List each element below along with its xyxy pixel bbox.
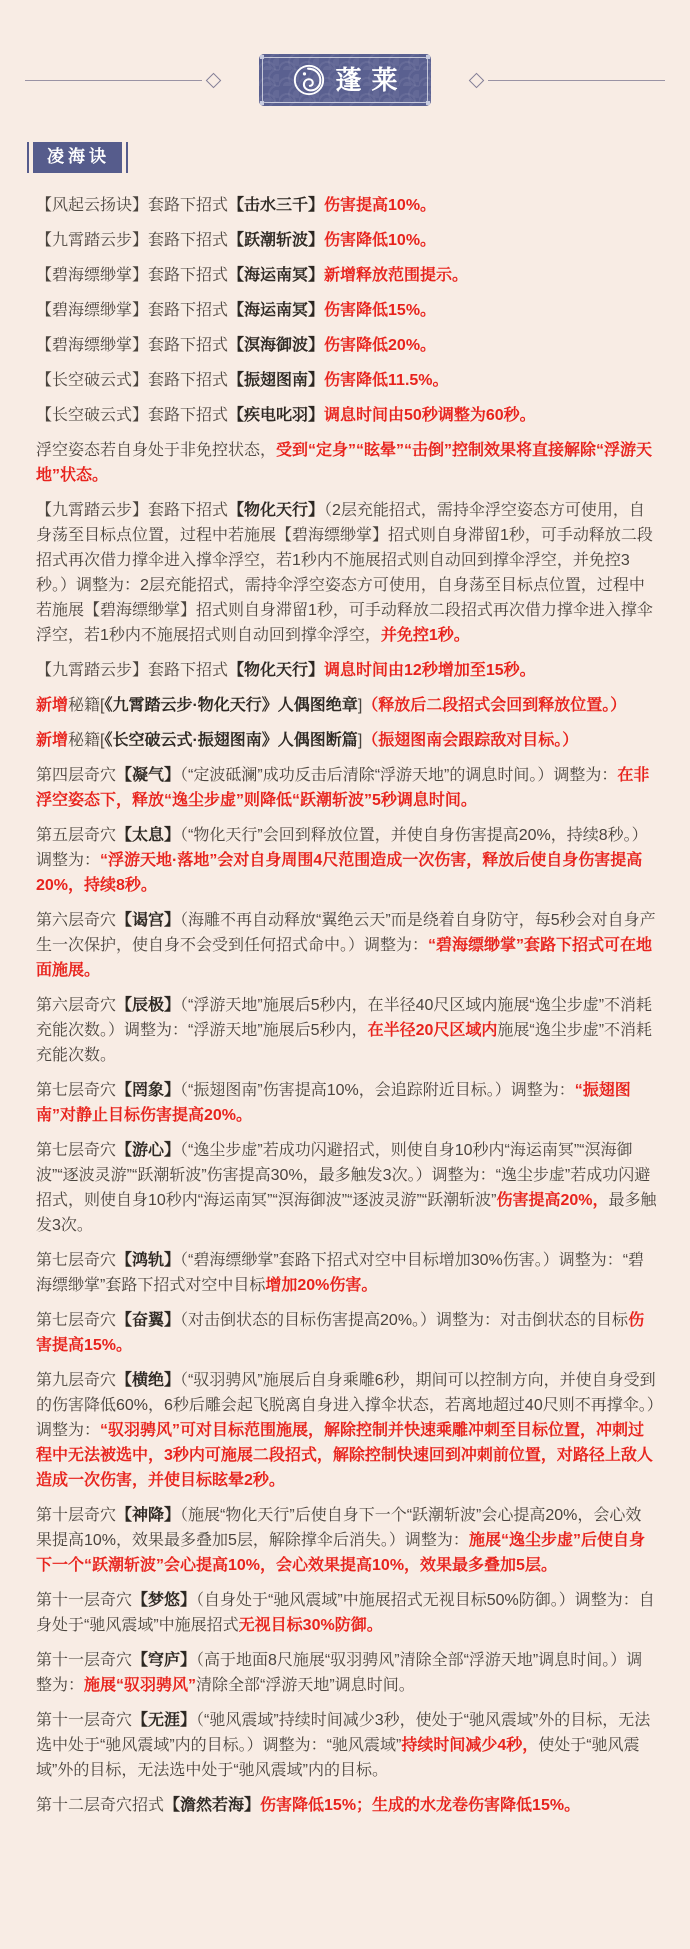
header: 蓬莱: [0, 54, 690, 106]
note-text: 秘籍[: [68, 732, 104, 749]
patch-note: 新增秘籍[《九霄踏云步·物化天行》人偶图绝章]（释放后二段招式会回到释放位置。）: [36, 693, 657, 718]
note-text: 第九层奇穴: [36, 1372, 116, 1389]
changed-text: 伤害提高10%。: [324, 197, 436, 214]
changed-text: 伤害降低10%。: [324, 232, 436, 249]
note-text: 【九霄踏云步】套路下招式: [36, 502, 228, 519]
patch-note: 【九霄踏云步】套路下招式【物化天行】（2层充能招式，需持伞浮空姿态方可使用，自身…: [36, 498, 657, 648]
patch-note: 第四层奇穴【凝气】（“定波砥澜”成功反击后清除“浮游天地”的调息时间。）调整为：…: [36, 763, 657, 813]
page: 蓬莱 凌海诀 【风起云扬诀】套路下招式【击水三千】伤害提高10%。【九霄踏云步】…: [0, 0, 690, 1949]
note-text: 清除全部“浮游天地”调息时间。: [196, 1677, 415, 1694]
note-text: 浮空姿态若自身处于非免控状态，: [36, 442, 276, 459]
changed-text: 伤害降低15%。: [324, 302, 436, 319]
changed-text: 并免控1秒。: [381, 627, 470, 644]
skill-name: 【跃潮斩波】: [228, 232, 324, 249]
faction-title: 蓬莱: [335, 67, 407, 93]
note-text: 第六层奇穴: [36, 912, 116, 929]
skill-name: 【无涯】: [132, 1712, 196, 1729]
note-text: 第四层奇穴: [36, 767, 116, 784]
right-divider-line: [488, 80, 665, 81]
patch-note: 第十一层奇穴【梦悠】（自身处于“驰风震域”中施展招式无视目标50%防御。）调整为…: [36, 1588, 657, 1638]
note-text: 第十一层奇穴: [36, 1652, 132, 1669]
section-label-text: 凌海诀: [47, 147, 110, 166]
patch-note: 第十二层奇穴招式【澹然若海】伤害降低15%；生成的水龙卷伤害降低15%。: [36, 1793, 657, 1818]
skill-name: 【海运南冥】: [228, 267, 324, 284]
patch-note: 【九霄踏云步】套路下招式【物化天行】调息时间由12秒增加至15秒。: [36, 658, 657, 683]
skill-name: 【神降】: [116, 1507, 180, 1524]
section-label: 凌海诀: [33, 142, 122, 173]
badge-corner-ornament: [426, 101, 430, 105]
skill-name: 【罔象】: [116, 1082, 180, 1099]
skill-name: 【疾电叱羽】: [228, 407, 324, 424]
note-text: 【碧海缥缈掌】套路下招式: [36, 302, 228, 319]
patch-note: 【风起云扬诀】套路下招式【击水三千】伤害提高10%。: [36, 193, 657, 218]
skill-name: 【梦悠】: [132, 1592, 196, 1609]
changed-text: 持续时间减少4秒，: [401, 1737, 538, 1754]
patch-note: 第七层奇穴【罔象】（“振翅图南”伤害提高10%，会追踪附近目标。）调整为：“振翅…: [36, 1078, 657, 1128]
skill-name: 【横绝】: [116, 1372, 180, 1389]
note-text: 第十二层奇穴招式: [36, 1797, 164, 1814]
skill-name: 【穹庐】: [132, 1652, 196, 1669]
skill-name: 《九霄踏云步·物化天行》人偶图绝章: [104, 697, 357, 714]
note-text: （2层充能招式，需持伞浮空姿态方可使用，自身荡至目标点位置，过程中若施展【碧海缥…: [36, 502, 653, 644]
skill-name: 【振翅图南】: [228, 372, 324, 389]
patch-note: 第七层奇穴【奋翼】（对击倒状态的目标伤害提高20%。）调整为：对击倒状态的目标伤…: [36, 1308, 657, 1358]
left-divider-line: [25, 80, 202, 81]
note-text: （“振翅图南”伤害提高10%，会追踪附近目标。）调整为：: [180, 1082, 575, 1099]
note-text: 【碧海缥缈掌】套路下招式: [36, 337, 228, 354]
patch-notes: 【风起云扬诀】套路下招式【击水三千】伤害提高10%。【九霄踏云步】套路下招式【跃…: [0, 173, 690, 1868]
changed-text: “浮游天地·落地”会对自身周围4尺范围造成一次伤害，释放后使自身伤害提高20%，…: [36, 852, 642, 894]
changed-text: 增加20%伤害。: [265, 1277, 377, 1294]
patch-note: 【九霄踏云步】套路下招式【跃潮斩波】伤害降低10%。: [36, 228, 657, 253]
changed-text: （振翅图南会跟踪敌对目标。）: [362, 732, 578, 749]
changed-text: 伤害降低15%；生成的水龙卷伤害降低15%。: [260, 1797, 580, 1814]
note-text: 【长空破云式】套路下招式: [36, 372, 228, 389]
changed-text: 无视目标30%防御。: [239, 1617, 383, 1634]
patch-note: 【长空破云式】套路下招式【振翅图南】伤害降低11.5%。: [36, 368, 657, 393]
skill-name: 【游心】: [116, 1142, 180, 1159]
changed-text: 施展“驭羽骋风”: [84, 1677, 196, 1694]
changed-text: 在半径20尺区域内: [368, 1022, 498, 1039]
note-text: 第十一层奇穴: [36, 1712, 132, 1729]
changed-text: “驭羽骋风”可对目标范围施展，解除控制并快速乘雕冲刺至目标位置，冲刺过程中无法被…: [36, 1422, 653, 1489]
skill-name: 【溟海御波】: [228, 337, 324, 354]
skill-name: 【海运南冥】: [228, 302, 324, 319]
note-text: （“定波砥澜”成功反击后清除“浮游天地”的调息时间。）调整为：: [180, 767, 617, 784]
note-text: 【风起云扬诀】套路下招式: [36, 197, 228, 214]
patch-note: 第五层奇穴【太息】（“物化天行”会回到释放位置，并使自身伤害提高20%，持续8秒…: [36, 823, 657, 898]
skill-name: 【太息】: [116, 827, 180, 844]
skill-name: 【奋翼】: [116, 1312, 180, 1329]
changed-text: 伤害提高20%，: [496, 1192, 608, 1209]
skill-name: 【凝气】: [116, 767, 180, 784]
badge-corner-ornament: [260, 101, 264, 105]
badge-corner-ornament: [260, 55, 264, 59]
patch-note: 第六层奇穴【谒宫】（海雕不再自动释放“翼绝云天”而是绕着自身防守，每5秒会对自身…: [36, 908, 657, 983]
changed-text: （释放后二段招式会回到释放位置。）: [362, 697, 626, 714]
note-text: 【碧海缥缈掌】套路下招式: [36, 267, 228, 284]
patch-note: 【碧海缥缈掌】套路下招式【海运南冥】伤害降低15%。: [36, 298, 657, 323]
note-text: （对击倒状态的目标伤害提高20%。）调整为：对击倒状态的目标: [180, 1312, 628, 1329]
skill-name: 【辰极】: [116, 997, 180, 1014]
faction-badge: 蓬莱: [259, 54, 431, 106]
note-text: 第十层奇穴: [36, 1507, 116, 1524]
note-text: 【长空破云式】套路下招式: [36, 407, 228, 424]
changed-text: 新增: [36, 697, 68, 714]
patch-note: 浮空姿态若自身处于非免控状态，受到“定身”“眩晕”“击倒”控制效果将直接解除“浮…: [36, 438, 657, 488]
note-text: 【九霄踏云步】套路下招式: [36, 232, 228, 249]
section-header: 凌海诀: [33, 142, 690, 173]
note-text: 【九霄踏云步】套路下招式: [36, 662, 228, 679]
skill-name: 【物化天行】: [228, 662, 324, 679]
koi-circle-icon: [292, 63, 326, 97]
patch-note: 新增秘籍[《长空破云式·振翅图南》人偶图断篇]（振翅图南会跟踪敌对目标。）: [36, 728, 657, 753]
skill-name: 【谒宫】: [116, 912, 180, 929]
note-text: 第七层奇穴: [36, 1142, 116, 1159]
patch-note: 【长空破云式】套路下招式【疾电叱羽】调息时间由50秒调整为60秒。: [36, 403, 657, 428]
changed-text: 调息时间由12秒增加至15秒。: [324, 662, 536, 679]
changed-text: 调息时间由50秒调整为60秒。: [324, 407, 536, 424]
patch-note: 第十层奇穴【神降】（施展“物化天行”后使自身下一个“跃潮斩波”会心提高20%，会…: [36, 1503, 657, 1578]
badge-corner-ornament: [426, 55, 430, 59]
note-text: 第七层奇穴: [36, 1252, 116, 1269]
changed-text: 新增释放范围提示。: [324, 267, 468, 284]
note-text: 第七层奇穴: [36, 1312, 116, 1329]
changed-text: 伤害降低20%。: [324, 337, 436, 354]
patch-note: 第十一层奇穴【穹庐】（高于地面8尺施展“驭羽骋风”清除全部“浮游天地”调息时间。…: [36, 1648, 657, 1698]
skill-name: 【鸿轨】: [116, 1252, 180, 1269]
skill-name: 《长空破云式·振翅图南》人偶图断篇: [104, 732, 357, 749]
patch-note: 第九层奇穴【横绝】（“驭羽骋风”施展后自身乘雕6秒，期间可以控制方向，并使自身受…: [36, 1368, 657, 1493]
note-text: 第五层奇穴: [36, 827, 116, 844]
note-text: 秘籍[: [68, 697, 104, 714]
note-text: 第十一层奇穴: [36, 1592, 132, 1609]
right-diamond-ornament: [469, 72, 485, 88]
patch-note: 第十一层奇穴【无涯】（“驰风震域”持续时间减少3秒，使处于“驰风震域”外的目标，…: [36, 1708, 657, 1783]
note-text: 第六层奇穴: [36, 997, 116, 1014]
patch-note: 【碧海缥缈掌】套路下招式【海运南冥】新增释放范围提示。: [36, 263, 657, 288]
patch-note: 第七层奇穴【游心】（“逸尘步虚”若成功闪避招式，则使自身10秒内“海运南冥”“溟…: [36, 1138, 657, 1238]
patch-note: 【碧海缥缈掌】套路下招式【溟海御波】伤害降低20%。: [36, 333, 657, 358]
skill-name: 【物化天行】: [228, 502, 324, 519]
skill-name: 【击水三千】: [228, 197, 324, 214]
changed-text: 新增: [36, 732, 68, 749]
note-text: 第七层奇穴: [36, 1082, 116, 1099]
patch-note: 第七层奇穴【鸿轨】（“碧海缥缈掌”套路下招式对空中目标增加30%伤害。）调整为：…: [36, 1248, 657, 1298]
patch-note: 第六层奇穴【辰极】（“浮游天地”施展后5秒内，在半径40尺区域内施展“逸尘步虚”…: [36, 993, 657, 1068]
left-diamond-ornament: [206, 72, 222, 88]
skill-name: 【澹然若海】: [164, 1797, 260, 1814]
changed-text: 伤害降低11.5%。: [324, 372, 449, 389]
